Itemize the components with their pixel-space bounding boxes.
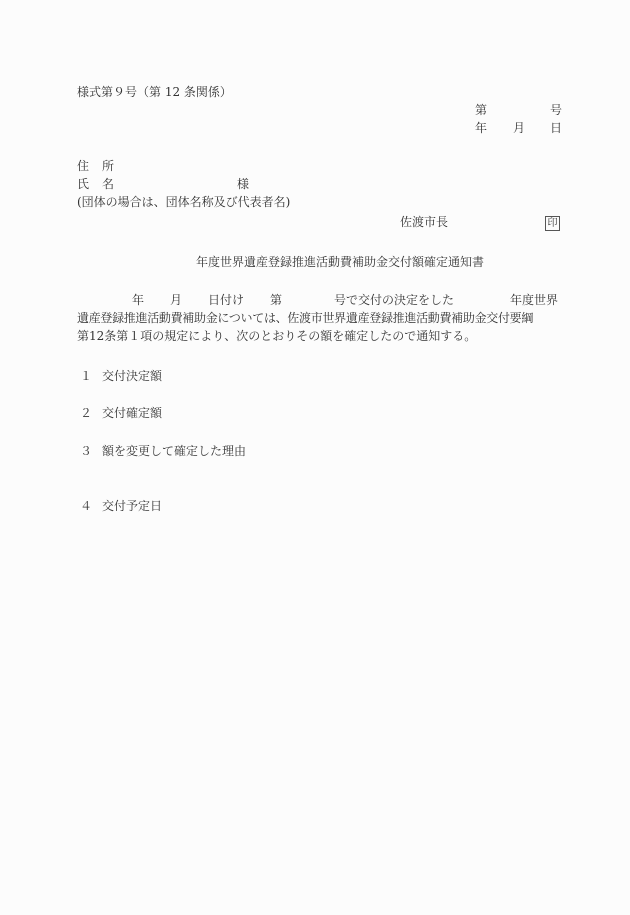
seal-icon: 印 bbox=[545, 216, 560, 231]
document-title: 年度世界遺産登録推進活動費補助金交付額確定通知書 bbox=[196, 254, 484, 270]
address-label-2: 所 bbox=[102, 158, 114, 174]
item-label-2: 交付確定額 bbox=[102, 405, 162, 421]
body-fiscal-year-text: 年度世界 bbox=[510, 292, 558, 308]
body-line-2: 遺産登録推進活動費補助金については、佐渡市世界遺産登録推進活動費補助金交付要綱 bbox=[77, 310, 533, 326]
doc-number-prefix: 第 bbox=[475, 102, 487, 118]
item-label-1: 交付決定額 bbox=[102, 368, 162, 384]
item-number-2: ２ bbox=[80, 405, 92, 421]
address-label-1: 住 bbox=[77, 158, 89, 174]
name-label-2: 名 bbox=[102, 176, 114, 192]
form-label: 様式第９号（第 12 条関係） bbox=[77, 84, 232, 100]
item-number-4: ４ bbox=[80, 498, 92, 514]
body-month: 月 bbox=[170, 292, 182, 308]
item-number-3: ３ bbox=[80, 443, 92, 459]
body-line-3: 第12条第１項の規定により、次のとおりその額を確定したので通知する。 bbox=[77, 328, 476, 344]
date-month: 月 bbox=[513, 120, 525, 136]
honorific: 様 bbox=[237, 176, 249, 192]
seal-box: 印 bbox=[545, 214, 560, 231]
doc-number-suffix: 号 bbox=[550, 102, 562, 118]
body-number-suffix-text: 号で交付の決定をした bbox=[334, 292, 454, 308]
date-year: 年 bbox=[475, 120, 487, 136]
item-number-1: １ bbox=[80, 368, 92, 384]
issuer-title: 佐渡市長 bbox=[400, 214, 448, 230]
name-label-1: 氏 bbox=[77, 176, 89, 192]
body-year: 年 bbox=[132, 292, 144, 308]
item-label-4: 交付予定日 bbox=[102, 498, 162, 514]
body-day-suffix: 日付け bbox=[208, 292, 244, 308]
item-label-3: 額を変更して確定した理由 bbox=[102, 443, 246, 459]
date-day: 日 bbox=[550, 120, 562, 136]
body-number-prefix: 第 bbox=[270, 292, 282, 308]
organization-note: (団体の場合は、団体名称及び代表者名) bbox=[77, 194, 290, 210]
